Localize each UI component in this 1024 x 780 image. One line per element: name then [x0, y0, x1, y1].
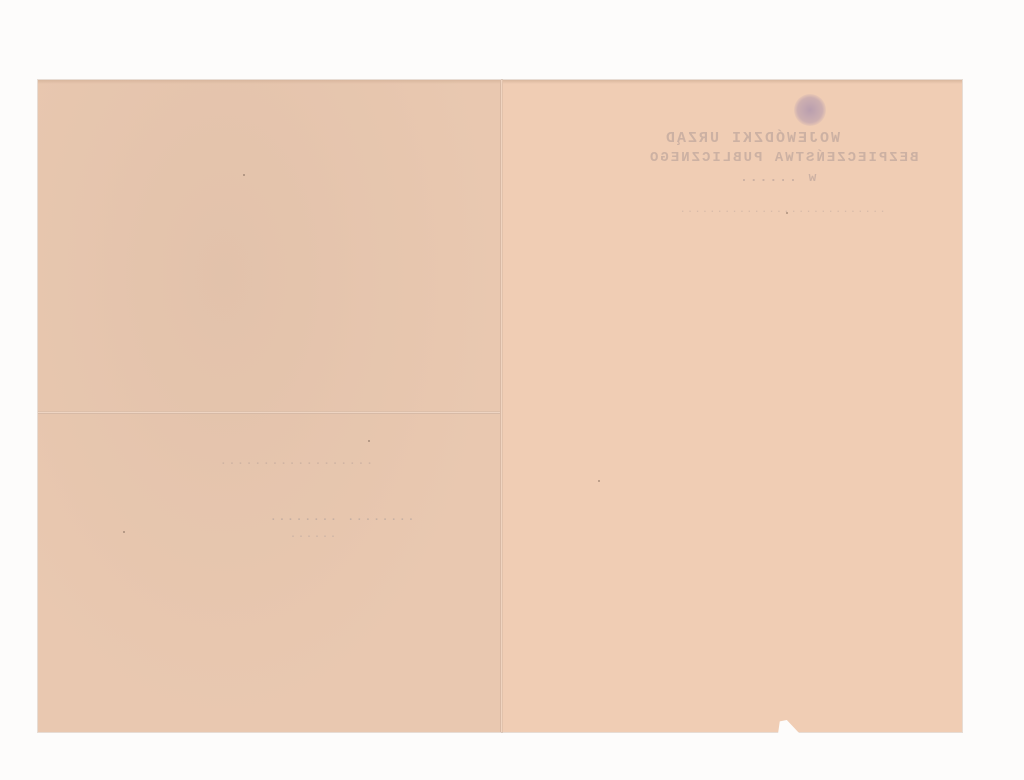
horizontal-fold-line	[38, 411, 500, 414]
bleed-text-lower-1: ..................	[218, 456, 373, 468]
bleed-text-lower-2: ........ ........	[268, 512, 414, 524]
document-sheet: WOJEWÓDZKI URZĄD BEZPIECZEŃSTWA PUBLICZN…	[38, 80, 962, 732]
stamp-line-2: BEZPIECZEŃSTWA PUBLICZNEGO	[648, 150, 918, 166]
left-page	[38, 80, 502, 732]
bleed-text-lower-3: ......	[288, 530, 336, 541]
stamp-line-3: w ......	[738, 170, 816, 185]
vertical-fold-line	[500, 80, 503, 732]
stamp-line-4: ............................	[678, 205, 885, 215]
paper-speck	[598, 480, 600, 482]
right-page	[502, 80, 962, 732]
paper-speck	[243, 174, 245, 176]
paper-speck	[786, 212, 788, 214]
stamp-line-1: WOJEWÓDZKI URZĄD	[664, 130, 840, 147]
eagle-emblem-icon	[794, 94, 826, 126]
paper-speck	[368, 440, 370, 442]
paper-speck	[123, 531, 125, 533]
